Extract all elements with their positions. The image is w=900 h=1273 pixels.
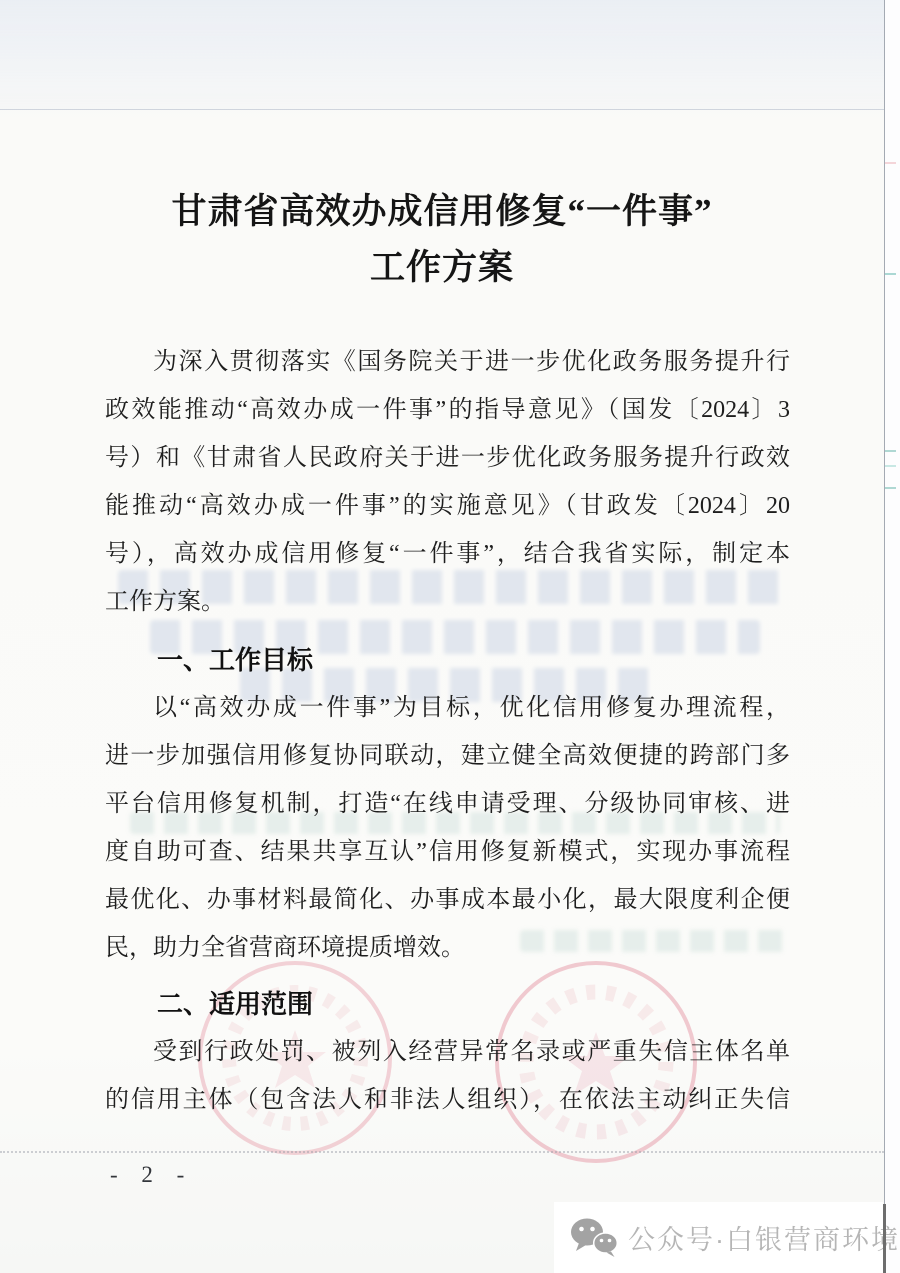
scan-right-edge-line — [884, 0, 885, 1273]
text-line: 受到行政处罚、被列入经营异常名录或严重失信主体名单 — [105, 1028, 790, 1076]
document-body: 为深入贯彻落实《国务院关于进一步优化政务服务提升行 政效能推动“高效办成一件事”… — [105, 338, 790, 1124]
text-line: 最优化、办事材料最简化、办事成本最小化，最大限度利企便 — [105, 876, 790, 924]
watermark: 公众号·白银营商环境 — [554, 1202, 883, 1273]
text-line: 民，助力全省营商环境提质增效。 — [105, 924, 790, 972]
watermark-label: 公众号·白银营商环境 — [628, 1218, 900, 1257]
section-heading-2: 二、适用范围 — [105, 980, 790, 1028]
text-line: 政效能推动“高效办成一件事”的指导意见》（国发〔2024〕3 — [105, 386, 790, 434]
text-line: 平台信用修复机制，打造“在线申请受理、分级协同审核、进 — [105, 780, 790, 828]
document-title-line1: 甘肃省高效办成信用修复“一件事” — [0, 184, 884, 240]
footer-scan-line — [0, 1151, 884, 1153]
document-title-line2: 工作方案 — [0, 240, 884, 296]
scan-top-shading — [0, 0, 884, 110]
watermark-edge-bar — [883, 1204, 886, 1273]
scan-tick-mark — [885, 273, 896, 275]
text-line: 能推动“高效办成一件事”的实施意见》（甘政发〔2024〕20 — [105, 482, 790, 530]
scan-tick-mark — [885, 162, 896, 164]
text-line: 的信用主体（包含法人和非法人组织），在依法主动纠正失信 — [105, 1076, 790, 1124]
section-heading-1: 一、工作目标 — [105, 636, 790, 684]
scanned-document-page: 甘肃省高效办成信用修复“一件事” 工作方案 为深入贯彻落实《国务院关于进一步优化… — [0, 0, 900, 1273]
scan-tick-mark — [885, 487, 896, 489]
document-title: 甘肃省高效办成信用修复“一件事” 工作方案 — [0, 184, 884, 296]
text-line: 进一步加强信用修复协同联动，建立健全高效便捷的跨部门多 — [105, 732, 790, 780]
scan-tick-mark — [885, 450, 896, 452]
text-line: 号）和《甘肃省人民政府关于进一步优化政务服务提升行政效 — [105, 434, 790, 482]
text-line: 以“高效办成一件事”为目标，优化信用修复办理流程， — [105, 684, 790, 732]
page-number: - 2 - — [110, 1162, 193, 1188]
text-line: 工作方案。 — [105, 578, 790, 626]
text-line: 度自助可查、结果共享互认”信用修复新模式，实现办事流程 — [105, 828, 790, 876]
scan-right-margin — [885, 0, 900, 1273]
wechat-icon — [570, 1217, 618, 1259]
text-line: 号），高效办成信用修复“一件事”，结合我省实际，制定本 — [105, 530, 790, 578]
text-line: 为深入贯彻落实《国务院关于进一步优化政务服务提升行 — [105, 338, 790, 386]
scan-tick-mark — [885, 465, 896, 467]
